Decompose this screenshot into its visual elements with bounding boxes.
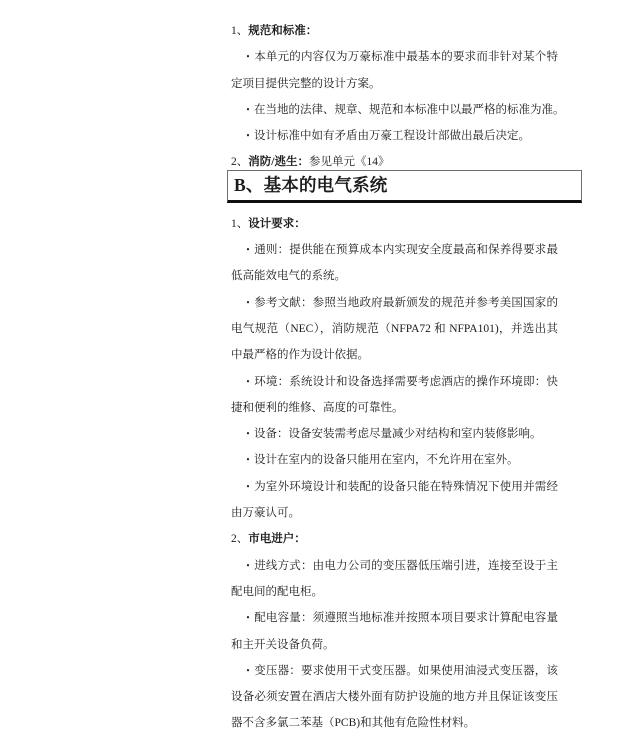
continuation-line: 电气规范（NEC），消防规范（NFPA72 和 NFPA101)，并选出其 (231, 316, 558, 342)
bullet-line: •通则：提供能在预算成本内实现安全度最高和保养得要求最 (231, 237, 558, 263)
bullet-text: 设计标准中如有矛盾由万豪工程设计部做出最后决定。 (254, 130, 530, 142)
line-text: 低高能效电气的系统。 (231, 270, 346, 282)
heading-rest-text: 参见单元《14》 (309, 156, 390, 168)
line-text: 和主开关设备负荷。 (231, 639, 335, 651)
bullet-icon: • (246, 292, 249, 313)
bullet-text: 为室外环境设计和装配的设备只能在特殊情况下使用并需经 (254, 481, 558, 493)
bullet-text: 环境：系统设计和设备选择需要考虑酒店的操作环境即：快 (254, 376, 558, 388)
line-text: 器不含多氯二苯基（PCB)和其他有危险性材料。 (231, 717, 475, 729)
bullet-text: 设计在室内的设备只能用在室内，不允许用在室外。 (254, 454, 519, 466)
continuation-line: 配电间的配电柜。 (231, 579, 558, 605)
bullet-text: 进线方式：由电力公司的变压器低压端引进，连接至设于主 (254, 560, 558, 572)
line-text: 中最严格的作为设计依据。 (231, 349, 369, 361)
bullet-line: •在当地的法律、规章、规范和本标准中以最严格的标准为准。 (231, 97, 558, 123)
list-number: 2、 (231, 533, 248, 545)
continuation-line: 器不含多氯二苯基（PCB)和其他有危险性材料。 (231, 710, 558, 736)
bullet-icon: • (246, 476, 249, 497)
bullet-text: 本单元的内容仅为万豪标准中最基本的要求而非针对某个特 (254, 51, 558, 63)
bullet-text: 配电容量：须遵照当地标准并按照本项目要求计算配电容量 (254, 612, 558, 624)
bullet-line: •变压器：要求使用干式变压器。如果使用油浸式变压器，该 (231, 658, 558, 684)
continuation-line: 中最严格的作为设计依据。 (231, 342, 558, 368)
heading-label: 消防/逃生： (248, 156, 309, 168)
bullet-text: 变压器：要求使用干式变压器。如果使用油浸式变压器，该 (254, 665, 558, 677)
line-text: 由万豪认可。 (231, 507, 300, 519)
bullet-text: 通则：提供能在预算成本内实现安全度最高和保养得要求最 (254, 244, 558, 256)
bullet-line: •设备：设备安装需考虑尽量减少对结构和室内装修影响。 (231, 421, 558, 447)
heading-label: 设计要求： (248, 218, 306, 230)
bullet-icon: • (246, 555, 249, 576)
bullet-line: •设计标准中如有矛盾由万豪工程设计部做出最后决定。 (231, 123, 558, 149)
bullet-icon: • (246, 450, 249, 471)
numbered-heading-line: 1、设计要求： (231, 211, 558, 237)
document-page: 1、规范和标准：•本单元的内容仅为万豪标准中最基本的要求而非针对某个特定项目提供… (0, 0, 621, 750)
bullet-text: 在当地的法律、规章、规范和本标准中以最严格的标准为准。 (254, 104, 565, 116)
bullet-icon: • (246, 424, 249, 445)
continuation-line: 由万豪认可。 (231, 500, 558, 526)
list-number: 1、 (231, 25, 248, 37)
bullet-line: •进线方式：由电力公司的变压器低压端引进，连接至设于主 (231, 553, 558, 579)
line-text: 捷和便利的维修、高度的可靠性。 (231, 402, 404, 414)
bullet-icon: • (246, 371, 249, 392)
line-text: 设备必须安置在酒店大楼外面有防护设施的地方并且保证该变压 (231, 691, 558, 703)
continuation-line: 定项目提供完整的设计方案。 (231, 71, 558, 97)
line-text: 配电间的配电柜。 (231, 586, 323, 598)
bullet-icon: • (246, 660, 249, 681)
heading-label: 市电进户： (248, 533, 306, 545)
bullet-icon: • (246, 240, 249, 261)
bullet-line: •参考文献：参照当地政府最新颁发的规范并参考美国国家的 (231, 290, 558, 316)
list-number: 1、 (231, 218, 248, 230)
continuation-line: 捷和便利的维修、高度的可靠性。 (231, 395, 558, 421)
list-number: 2、 (231, 156, 248, 168)
bullet-text: 参考文献：参照当地政府最新颁发的规范并参考美国国家的 (254, 297, 558, 309)
bullet-line: •设计在室内的设备只能用在室内，不允许用在室外。 (231, 447, 558, 473)
bullet-line: •为室外环境设计和装配的设备只能在特殊情况下使用并需经 (231, 474, 558, 500)
bullet-icon: • (246, 100, 249, 121)
bullet-line: •环境：系统设计和设备选择需要考虑酒店的操作环境即：快 (231, 369, 558, 395)
bullet-text: 设备：设备安装需考虑尽量减少对结构和室内装修影响。 (254, 428, 542, 440)
numbered-heading-line: 1、规范和标准： (231, 18, 558, 44)
document-body: 1、规范和标准：•本单元的内容仅为万豪标准中最基本的要求而非针对某个特定项目提供… (231, 18, 558, 737)
continuation-line: 设备必须安置在酒店大楼外面有防护设施的地方并且保证该变压 (231, 684, 558, 710)
bullet-icon: • (246, 608, 249, 629)
section-header-box: B、基本的电气系统 (227, 170, 582, 203)
bullet-line: •本单元的内容仅为万豪标准中最基本的要求而非针对某个特 (231, 44, 558, 70)
numbered-heading-line: 2、市电进户： (231, 526, 558, 552)
bullet-icon: • (246, 126, 249, 147)
heading-label: 规范和标准： (248, 25, 317, 37)
bullet-line: •配电容量：须遵照当地标准并按照本项目要求计算配电容量 (231, 605, 558, 631)
section-header-title: B、基本的电气系统 (234, 175, 387, 195)
continuation-line: 低高能效电气的系统。 (231, 263, 558, 289)
continuation-line: 和主开关设备负荷。 (231, 632, 558, 658)
line-text: 定项目提供完整的设计方案。 (231, 78, 381, 90)
bullet-icon: • (246, 47, 249, 68)
line-text: 电气规范（NEC），消防规范（NFPA72 和 NFPA101)，并选出其 (231, 323, 558, 335)
